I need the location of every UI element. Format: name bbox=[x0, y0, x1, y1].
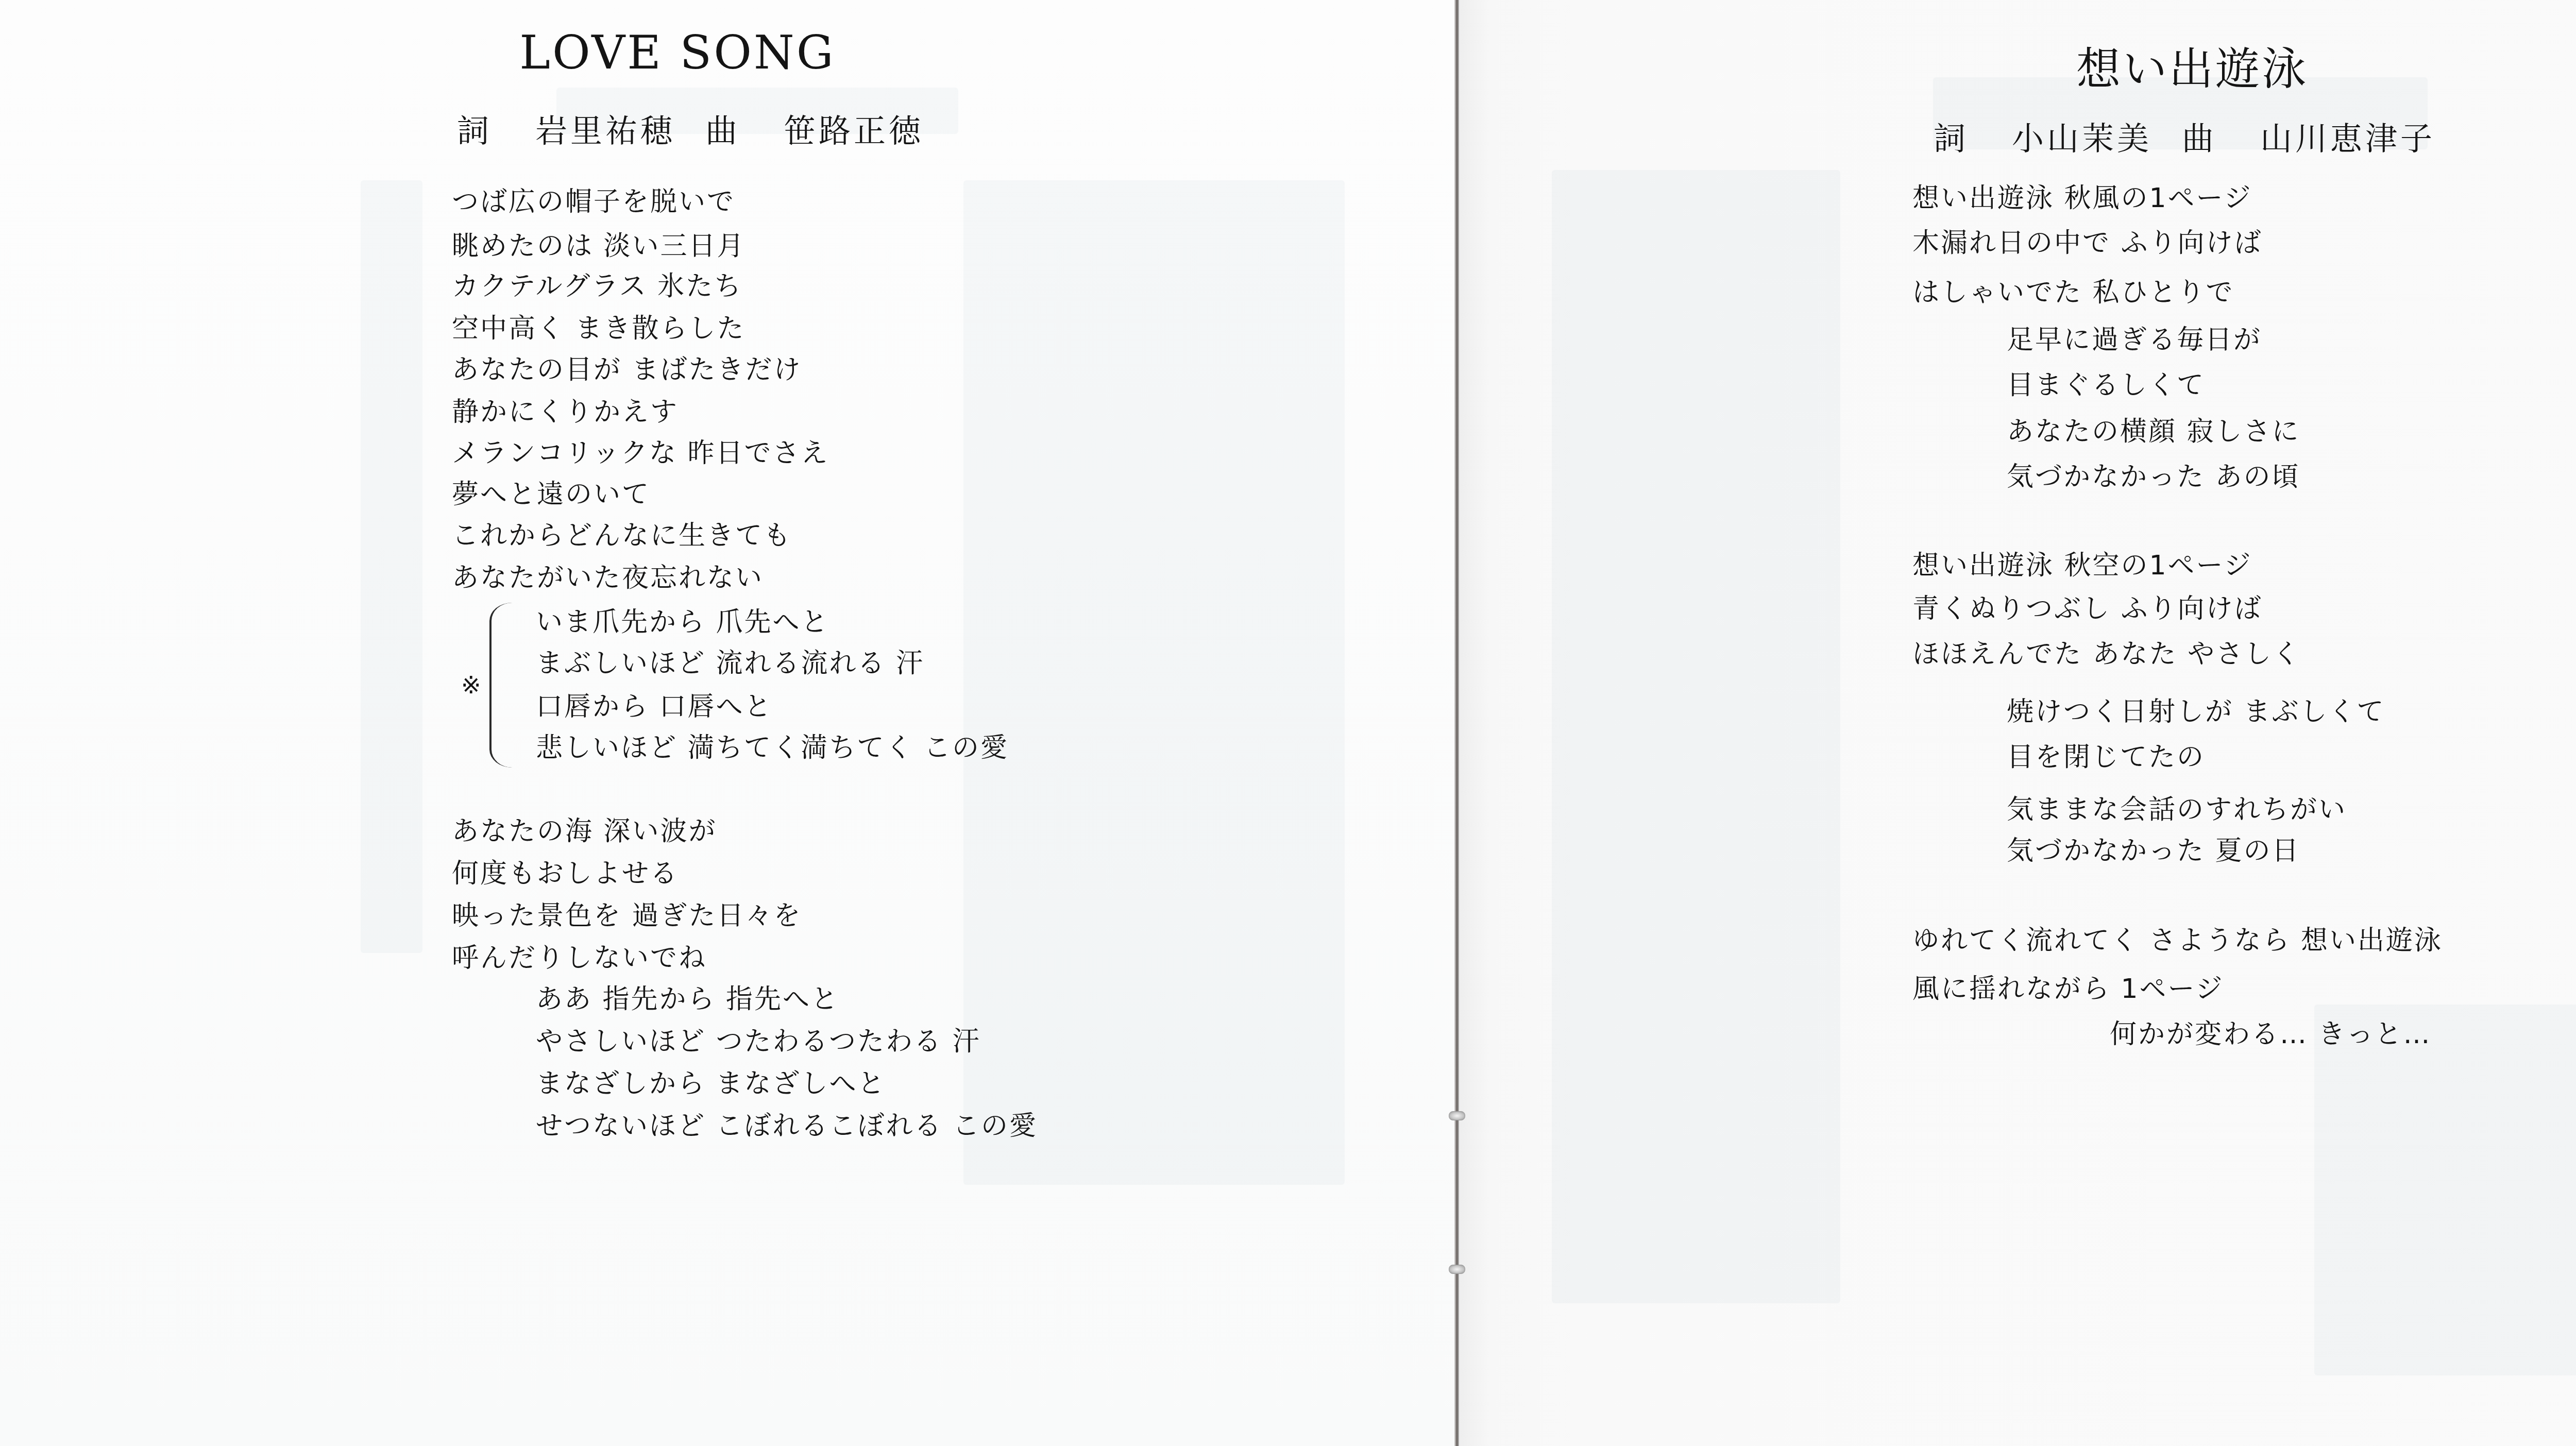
lyrics-label: 詞 bbox=[457, 112, 492, 150]
bleed-through-text bbox=[361, 180, 422, 953]
lyricist-name: 小山茉美 bbox=[2012, 120, 2152, 158]
lyric-line: カクテルグラス 氷たち bbox=[452, 273, 742, 300]
lyric-line: あなたの横顔 寂しさに bbox=[2007, 418, 2300, 445]
lyric-line: あなたの目が まばたきだけ bbox=[452, 356, 802, 383]
song-credits: 詞小山茉美曲山川恵津子 bbox=[1934, 113, 2435, 159]
lyric-line: 青くぬりつぶし ふり向けば bbox=[1912, 596, 2263, 622]
bleed-through-text bbox=[1552, 170, 1840, 1303]
lyric-line: 目まぐるしくて bbox=[2007, 372, 2205, 399]
lyric-line: 木漏れ日の中で ふり向けば bbox=[1912, 230, 2263, 257]
lyric-line: 映った景色を 過ぎた日々を bbox=[452, 903, 802, 929]
bleed-through-text bbox=[2314, 1005, 2576, 1375]
right-page: 想い出遊泳 詞小山茉美曲山川恵津子 想い出遊泳 秋風の1ページ木漏れ日の中で ふ… bbox=[1459, 0, 2576, 1446]
lyric-line: これからどんなに生きても bbox=[452, 522, 792, 549]
lyric-line: 眺めたのは 淡い三日月 bbox=[452, 233, 745, 260]
composer-name: 笹路正徳 bbox=[784, 112, 924, 150]
lyricist-name: 岩里祐穂 bbox=[535, 112, 675, 150]
chorus-mark: ※ bbox=[461, 671, 481, 699]
lyric-line: まぶしいほど 流れる流れる 汗 bbox=[536, 650, 924, 677]
lyric-line: あなたの海 深い波が bbox=[452, 818, 717, 845]
lyric-line: 口唇から 口唇へと bbox=[536, 693, 773, 720]
lyric-line: 目を閉じてたの bbox=[2007, 744, 2205, 771]
lyric-line: 静かにくりかえす bbox=[452, 399, 679, 426]
lyric-line: 何かが変わる… きっと… bbox=[2110, 1021, 2432, 1048]
left-page: LOVE SONG 詞岩里祐穂曲笹路正徳 ※ つば広の帽子を脱いで眺めたのは 淡… bbox=[0, 0, 1456, 1446]
lyric-line: 焼けつく日射しが まぶしくて bbox=[2007, 699, 2385, 725]
lyric-line: 気づかなかった あの頃 bbox=[2007, 464, 2300, 490]
lyric-line: せつないほど こぼれるこぼれる この愛 bbox=[536, 1113, 1038, 1139]
lyric-line: 足早に過ぎる毎日が bbox=[2007, 327, 2262, 353]
lyric-line: 想い出遊泳 秋風の1ページ bbox=[1912, 185, 2252, 212]
staple bbox=[1449, 1265, 1465, 1274]
music-label: 曲 bbox=[2182, 120, 2217, 158]
lyric-line: 何度もおしよせる bbox=[452, 860, 679, 887]
lyric-line: 気ままな会話のすれちがい bbox=[2007, 796, 2347, 823]
lyric-line: はしゃいでた 私ひとりで bbox=[1912, 279, 2234, 306]
lyric-line: やさしいほど つたわるつたわる 汗 bbox=[536, 1028, 981, 1055]
lyric-line: 気づかなかった 夏の日 bbox=[2007, 838, 2300, 864]
lyric-line: 想い出遊泳 秋空の1ページ bbox=[1912, 552, 2252, 579]
music-label: 曲 bbox=[705, 112, 740, 150]
lyric-line: あなたがいた夜忘れない bbox=[452, 565, 764, 591]
lyric-line: まなざしから まなざしへと bbox=[536, 1070, 886, 1097]
lyric-line: メランコリックな 昨日でさえ bbox=[452, 440, 829, 467]
song-title: 想い出遊泳 bbox=[2076, 33, 2308, 97]
lyric-line: 風に揺れながら 1ページ bbox=[1912, 976, 2224, 1002]
lyric-line: ゆれてく流れてく さようなら 想い出遊泳 bbox=[1912, 927, 2443, 954]
lyric-line: 空中高く まき散らした bbox=[452, 315, 745, 342]
lyric-line: つば広の帽子を脱いで bbox=[452, 189, 735, 215]
staple bbox=[1449, 1111, 1465, 1120]
lyric-line: 夢へと遠のいて bbox=[452, 481, 650, 508]
lyric-line: ああ 指先から 指先へと bbox=[536, 986, 839, 1013]
lyric-line: 呼んだりしないでね bbox=[452, 945, 707, 972]
chorus-bracket bbox=[489, 603, 512, 768]
lyric-line: いま爪先から 爪先へと bbox=[536, 609, 829, 636]
song-title: LOVE SONG bbox=[519, 26, 835, 80]
song-credits: 詞岩里祐穂曲笹路正徳 bbox=[457, 106, 924, 151]
lyric-line: ほほえんでた あなた やさしく bbox=[1912, 641, 2301, 668]
lyric-line: 悲しいほど 満ちてく満ちてく この愛 bbox=[536, 735, 1009, 761]
bleed-through-text bbox=[963, 180, 1345, 1185]
composer-name: 山川恵津子 bbox=[2260, 120, 2435, 158]
booklet-spine bbox=[1454, 0, 1459, 1446]
lyrics-label: 詞 bbox=[1934, 120, 1969, 158]
